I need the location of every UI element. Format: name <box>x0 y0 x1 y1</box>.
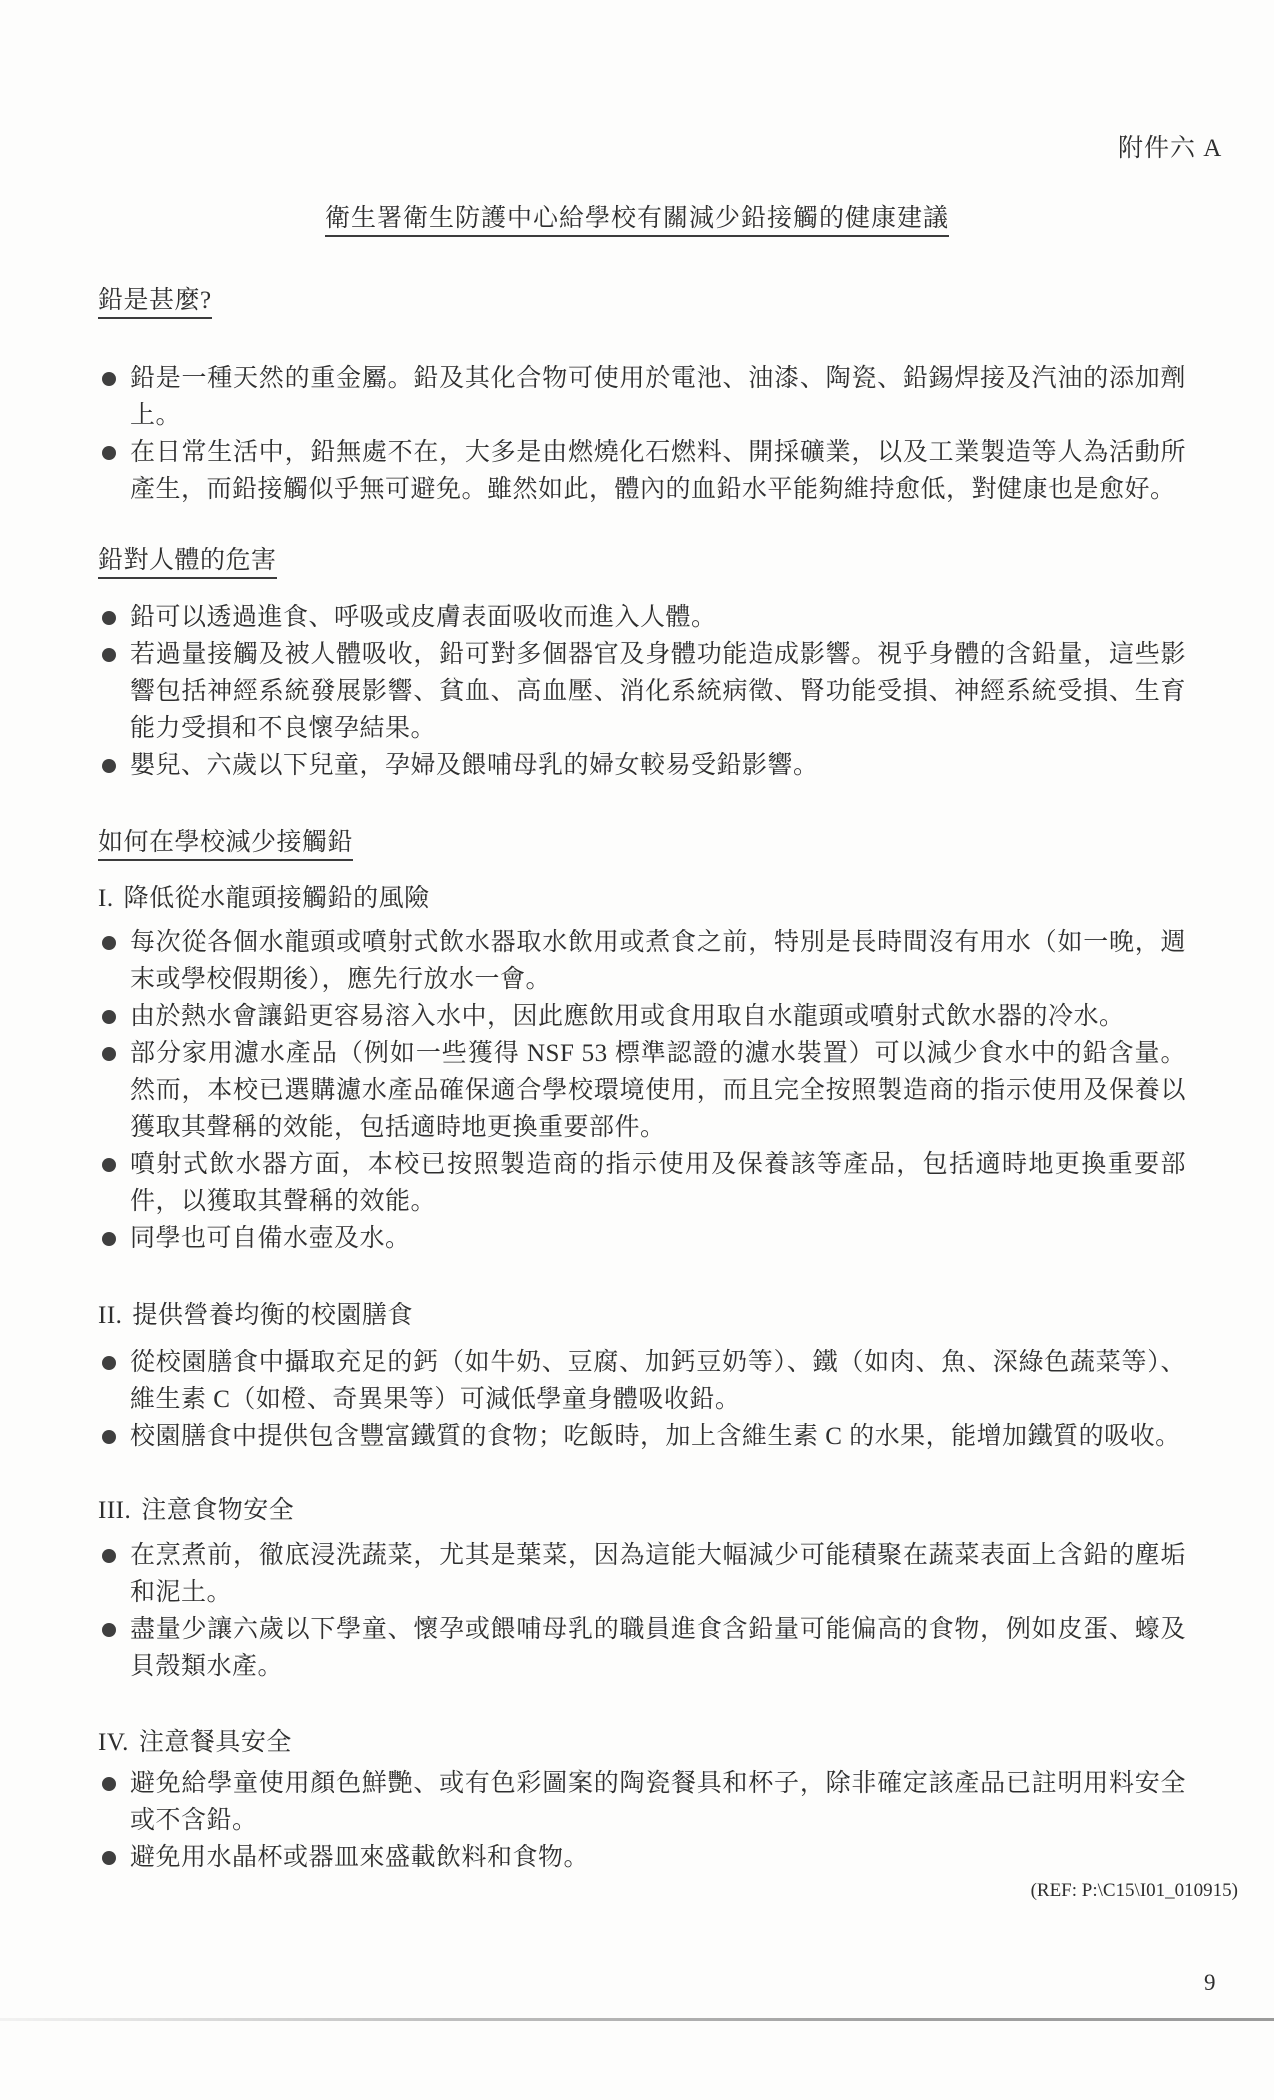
page-number: 9 <box>1204 1970 1216 1996</box>
section-heading-text: 鉛是甚麼? <box>98 287 212 319</box>
bullet-text: 鉛可以透過進食、呼吸或皮膚表面吸收而進入人體。 <box>130 599 1186 636</box>
bullet-icon <box>102 759 116 773</box>
subsection-title: 降低從水龍頭接觸鉛的風險 <box>124 885 430 912</box>
subsection-heading-tap-water: I.降低從水龍頭接觸鉛的風險 <box>98 880 1186 917</box>
bullet-item: 鉛是一種天然的重金屬。鉛及其化合物可使用於電池、油漆、陶瓷、鉛錫焊接及汽油的添加… <box>98 360 1186 434</box>
bullet-list: 鉛可以透過進食、呼吸或皮膚表面吸收而進入人體。 若過量接觸及被人體吸收，鉛可對多… <box>98 599 1186 784</box>
bullet-list: 每次從各個水龍頭或噴射式飲水器取水飲用或煮食之前，特別是長時間沒有用水（如一晚，… <box>98 924 1186 1257</box>
document-page: 附件六 A 衛生署衛生防護中心給學校有關減少鉛接觸的健康建議 鉛是甚麼? 鉛是一… <box>0 0 1274 2100</box>
bullet-item: 部分家用濾水產品（例如一些獲得 NSF 53 標準認證的濾水裝置）可以減少食水中… <box>98 1035 1186 1146</box>
bullet-icon <box>102 1010 116 1024</box>
bullet-item: 在烹煮前，徹底浸洗蔬菜，尤其是葉菜，因為這能大幅減少可能積聚在蔬菜表面上含鉛的塵… <box>98 1537 1186 1611</box>
bullet-text: 噴射式飲水器方面，本校已按照製造商的指示使用及保養該等產品，包括適時地更換重要部… <box>130 1146 1186 1220</box>
bullet-item: 同學也可自備水壺及水。 <box>98 1220 1186 1257</box>
section-heading-text: 如何在學校減少接觸鉛 <box>98 829 353 861</box>
subsection-heading-balanced-meals: II.提供營養均衡的校園膳食 <box>98 1297 1186 1334</box>
subsection-numeral: IV. <box>98 1729 129 1756</box>
bullet-item: 若過量接觸及被人體吸收，鉛可對多個器官及身體功能造成影響。視乎身體的含鉛量，這些… <box>98 636 1186 747</box>
subsection-numeral: I. <box>98 885 114 912</box>
bullet-item: 嬰兒、六歲以下兒童，孕婦及餵哺母乳的婦女較易受鉛影響。 <box>98 747 1186 784</box>
bullet-icon <box>102 1232 116 1246</box>
bullet-icon <box>102 648 116 662</box>
bullet-icon <box>102 1158 116 1172</box>
bullet-icon <box>102 1777 116 1791</box>
bullet-text: 在日常生活中，鉛無處不在，大多是由燃燒化石燃料、開採礦業，以及工業製造等人為活動… <box>130 434 1186 508</box>
bullet-text: 盡量少讓六歲以下學童、懷孕或餵哺母乳的職員進食含鉛量可能偏高的食物，例如皮蛋、蠔… <box>130 1611 1186 1685</box>
bullet-text: 避免給學童使用顏色鮮艷、或有色彩圖案的陶瓷餐具和杯子，除非確定該產品已註明用料安… <box>130 1765 1186 1839</box>
section-heading-what-is-lead: 鉛是甚麼? <box>98 282 1186 319</box>
bullet-text: 在烹煮前，徹底浸洗蔬菜，尤其是葉菜，因為這能大幅減少可能積聚在蔬菜表面上含鉛的塵… <box>130 1537 1186 1611</box>
bullet-text: 部分家用濾水產品（例如一些獲得 NSF 53 標準認證的濾水裝置）可以減少食水中… <box>130 1035 1186 1146</box>
bullet-item: 避免用水晶杯或器皿來盛載飲料和食物。 <box>98 1839 1186 1876</box>
bullet-text: 從校園膳食中攝取充足的鈣（如牛奶、豆腐、加鈣豆奶等）、鐵（如肉、魚、深綠色蔬菜等… <box>130 1344 1186 1418</box>
subsection-heading-tableware-safety: IV.注意餐具安全 <box>98 1724 1186 1761</box>
bullet-icon <box>102 372 116 386</box>
bullet-icon <box>102 1430 116 1444</box>
bullet-icon <box>102 611 116 625</box>
section-heading-reduce-exposure: 如何在學校減少接觸鉛 <box>98 824 1186 861</box>
bullet-list: 避免給學童使用顏色鮮艷、或有色彩圖案的陶瓷餐具和杯子，除非確定該產品已註明用料安… <box>98 1765 1186 1876</box>
scan-edge-line <box>0 2018 1274 2021</box>
bullet-item: 避免給學童使用顏色鮮艷、或有色彩圖案的陶瓷餐具和杯子，除非確定該產品已註明用料安… <box>98 1765 1186 1839</box>
document-title-row: 衛生署衛生防護中心給學校有關減少鉛接觸的健康建議 <box>0 198 1274 234</box>
bullet-item: 鉛可以透過進食、呼吸或皮膚表面吸收而進入人體。 <box>98 599 1186 636</box>
subsection-title: 注意食物安全 <box>141 1497 294 1524</box>
bullet-item: 校園膳食中提供包含豐富鐵質的食物；吃飯時，加上含維生素 C 的水果，能增加鐵質的… <box>98 1418 1186 1455</box>
bullet-text: 同學也可自備水壺及水。 <box>130 1220 1186 1257</box>
bullet-item: 每次從各個水龍頭或噴射式飲水器取水飲用或煮食之前，特別是長時間沒有用水（如一晚，… <box>98 924 1186 998</box>
bullet-icon <box>102 1047 116 1061</box>
bullet-text: 校園膳食中提供包含豐富鐵質的食物；吃飯時，加上含維生素 C 的水果，能增加鐵質的… <box>130 1418 1186 1455</box>
footer-reference: (REF: P:\C15\I01_010915) <box>1031 1880 1238 1902</box>
bullet-item: 盡量少讓六歲以下學童、懷孕或餵哺母乳的職員進食含鉛量可能偏高的食物，例如皮蛋、蠔… <box>98 1611 1186 1685</box>
bullet-icon <box>102 936 116 950</box>
section-heading-harm-to-body: 鉛對人體的危害 <box>98 542 1186 579</box>
bullet-text: 避免用水晶杯或器皿來盛載飲料和食物。 <box>130 1839 1186 1876</box>
subsection-heading-food-safety: III.注意食物安全 <box>98 1492 1186 1529</box>
section-heading-text: 鉛對人體的危害 <box>98 547 277 579</box>
bullet-icon <box>102 446 116 460</box>
bullet-text: 若過量接觸及被人體吸收，鉛可對多個器官及身體功能造成影響。視乎身體的含鉛量，這些… <box>130 636 1186 747</box>
bullet-text: 每次從各個水龍頭或噴射式飲水器取水飲用或煮食之前，特別是長時間沒有用水（如一晚，… <box>130 924 1186 998</box>
document-title: 衛生署衛生防護中心給學校有關減少鉛接觸的健康建議 <box>325 205 949 237</box>
subsection-numeral: II. <box>98 1302 122 1329</box>
subsection-numeral: III. <box>98 1497 131 1524</box>
bullet-text: 嬰兒、六歲以下兒童，孕婦及餵哺母乳的婦女較易受鉛影響。 <box>130 747 1186 784</box>
bullet-item: 從校園膳食中攝取充足的鈣（如牛奶、豆腐、加鈣豆奶等）、鐵（如肉、魚、深綠色蔬菜等… <box>98 1344 1186 1418</box>
bullet-list: 在烹煮前，徹底浸洗蔬菜，尤其是葉菜，因為這能大幅減少可能積聚在蔬菜表面上含鉛的塵… <box>98 1537 1186 1685</box>
bullet-text: 由於熱水會讓鉛更容易溶入水中，因此應飲用或食用取自水龍頭或噴射式飲水器的冷水。 <box>130 998 1186 1035</box>
bullet-list: 從校園膳食中攝取充足的鈣（如牛奶、豆腐、加鈣豆奶等）、鐵（如肉、魚、深綠色蔬菜等… <box>98 1344 1186 1455</box>
appendix-label: 附件六 A <box>1118 128 1222 164</box>
bullet-icon <box>102 1549 116 1563</box>
subsection-title: 提供營養均衡的校園膳食 <box>132 1302 413 1329</box>
bullet-item: 由於熱水會讓鉛更容易溶入水中，因此應飲用或食用取自水龍頭或噴射式飲水器的冷水。 <box>98 998 1186 1035</box>
subsection-title: 注意餐具安全 <box>139 1729 292 1756</box>
bullet-text: 鉛是一種天然的重金屬。鉛及其化合物可使用於電池、油漆、陶瓷、鉛錫焊接及汽油的添加… <box>130 360 1186 434</box>
bullet-list: 鉛是一種天然的重金屬。鉛及其化合物可使用於電池、油漆、陶瓷、鉛錫焊接及汽油的添加… <box>98 360 1186 508</box>
bullet-icon <box>102 1623 116 1637</box>
bullet-item: 在日常生活中，鉛無處不在，大多是由燃燒化石燃料、開採礦業，以及工業製造等人為活動… <box>98 434 1186 508</box>
bullet-item: 噴射式飲水器方面，本校已按照製造商的指示使用及保養該等產品，包括適時地更換重要部… <box>98 1146 1186 1220</box>
bullet-icon <box>102 1851 116 1865</box>
document-body: 鉛是甚麼? 鉛是一種天然的重金屬。鉛及其化合物可使用於電池、油漆、陶瓷、鉛錫焊接… <box>98 282 1186 1876</box>
bullet-icon <box>102 1356 116 1370</box>
